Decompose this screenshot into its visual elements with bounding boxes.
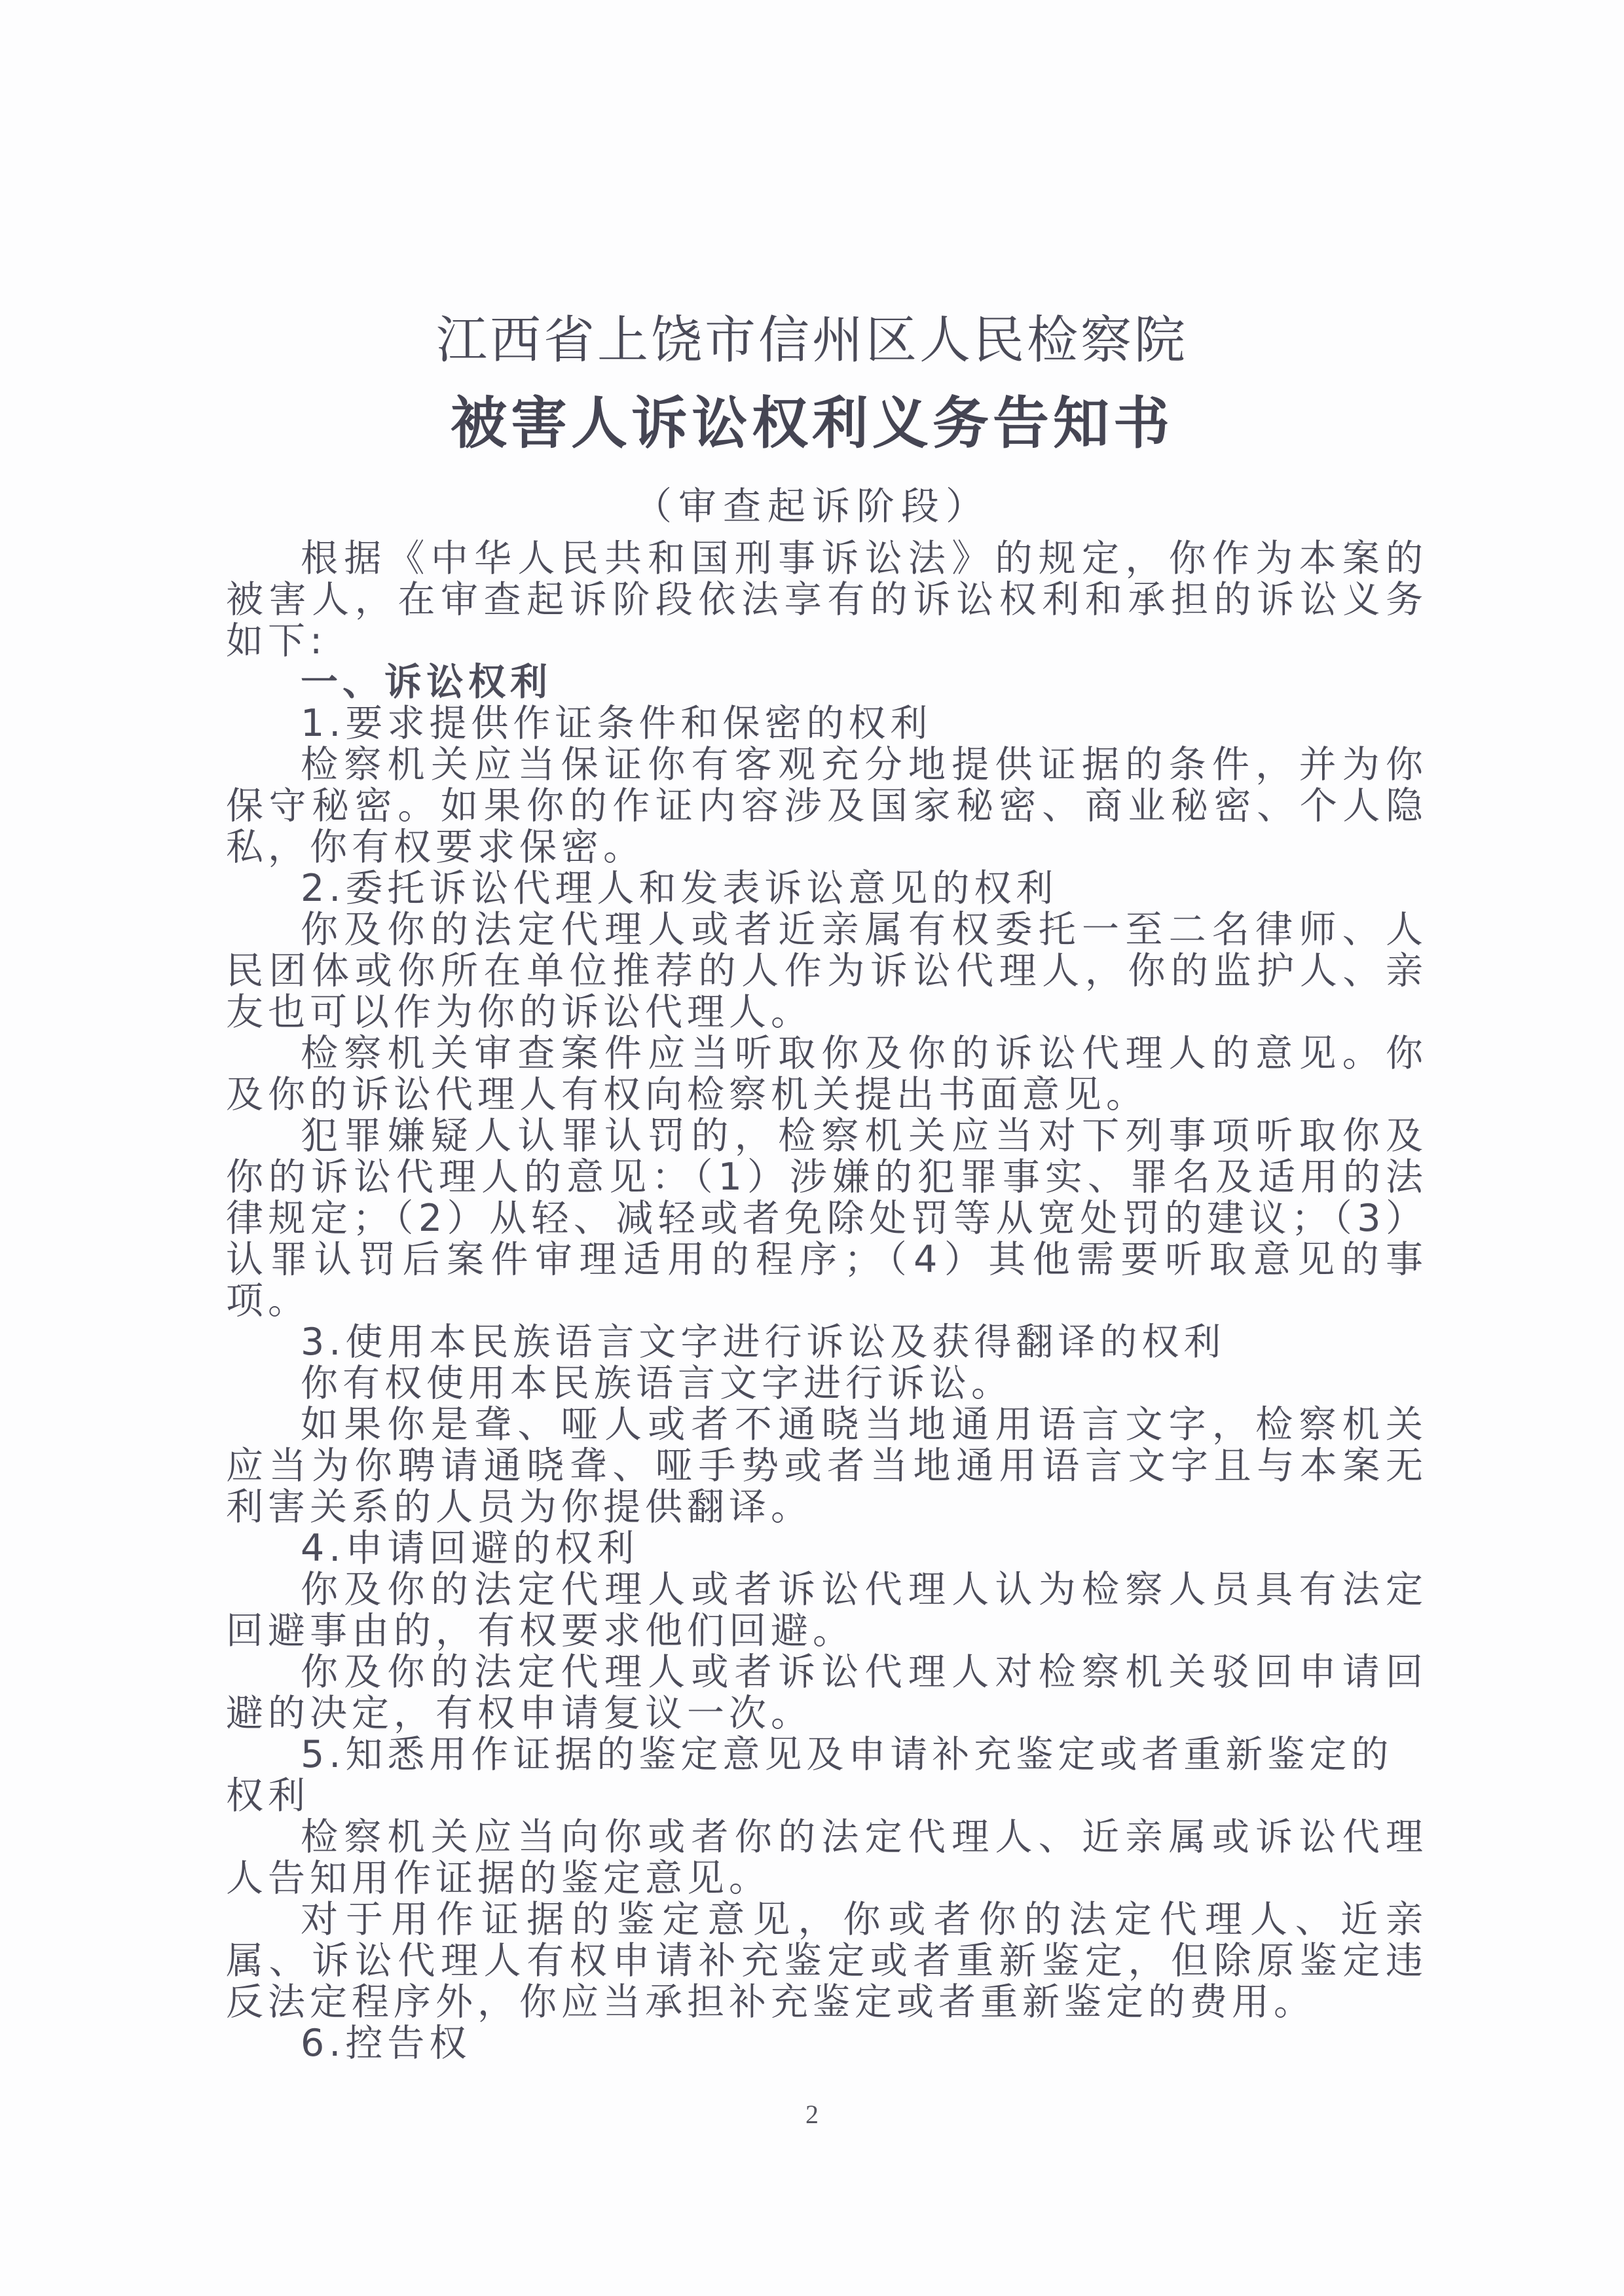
- document-body: 根据《中华人民共和国刑事诉讼法》的规定，你作为本案的被害人，在审查起诉阶段依法享…: [226, 538, 1428, 2064]
- section-heading-litigation-rights: 一、诉讼权利: [226, 662, 1428, 703]
- paragraph: 你及你的法定代理人或者近亲属有权委托一至二名律师、人民团体或你所在单位推荐的人作…: [226, 909, 1428, 1033]
- page-number: 2: [0, 2098, 1624, 2131]
- paragraph: 你及你的法定代理人或者诉讼代理人对检察机关驳回申请回避的决定，有权申请复议一次。: [226, 1652, 1428, 1734]
- document-page: 江西省上饶市信州区人民检察院 被害人诉讼权利义务告知书 （审查起诉阶段） 根据《…: [0, 0, 1624, 2296]
- item-heading-expert-opinion: 5.知悉用作证据的鉴定意见及申请补充鉴定或者重新鉴定的权利: [226, 1734, 1428, 1817]
- item-heading-complaint-right: 6.控告权: [226, 2023, 1428, 2064]
- paragraph: 对于用作证据的鉴定意见，你或者你的法定代理人、近亲属、诉讼代理人有权申请补充鉴定…: [226, 1899, 1428, 2023]
- paragraph: 你及你的法定代理人或者诉讼代理人认为检察人员具有法定回避事由的，有权要求他们回避…: [226, 1569, 1428, 1652]
- paragraph: 检察机关审查案件应当听取你及你的诉讼代理人的意见。你及你的诉讼代理人有权向检察机…: [226, 1033, 1428, 1116]
- intro-paragraph: 根据《中华人民共和国刑事诉讼法》的规定，你作为本案的被害人，在审查起诉阶段依法享…: [226, 538, 1428, 662]
- paragraph: 检察机关应当保证你有客观充分地提供证据的条件，并为你保守秘密。如果你的作证内容涉…: [226, 744, 1428, 868]
- paragraph: 检察机关应当向你或者你的法定代理人、近亲属或诉讼代理人告知用作证据的鉴定意见。: [226, 1817, 1428, 1899]
- item-heading-testimony-confidentiality: 1.要求提供作证条件和保密的权利: [226, 703, 1428, 744]
- item-heading-language-translation: 3.使用本民族语言文字进行诉讼及获得翻译的权利: [226, 1322, 1428, 1363]
- paragraph: 如果你是聋、哑人或者不通晓当地通用语言文字，检察机关应当为你聘请通晓聋、哑手势或…: [226, 1404, 1428, 1528]
- paragraph: 犯罪嫌疑人认罪认罚的，检察机关应当对下列事项听取你及你的诉讼代理人的意见：（1）…: [226, 1116, 1428, 1322]
- item-heading-agent-and-opinion: 2.委托诉讼代理人和发表诉讼意见的权利: [226, 868, 1428, 909]
- item-heading-recusal: 4.申请回避的权利: [226, 1528, 1428, 1569]
- document-title: 被害人诉讼权利义务告知书: [0, 388, 1624, 460]
- paragraph: 你有权使用本民族语言文字进行诉讼。: [226, 1363, 1428, 1404]
- organization-name: 江西省上饶市信州区人民检察院: [0, 308, 1624, 373]
- procedure-stage: （审查起诉阶段）: [0, 481, 1624, 531]
